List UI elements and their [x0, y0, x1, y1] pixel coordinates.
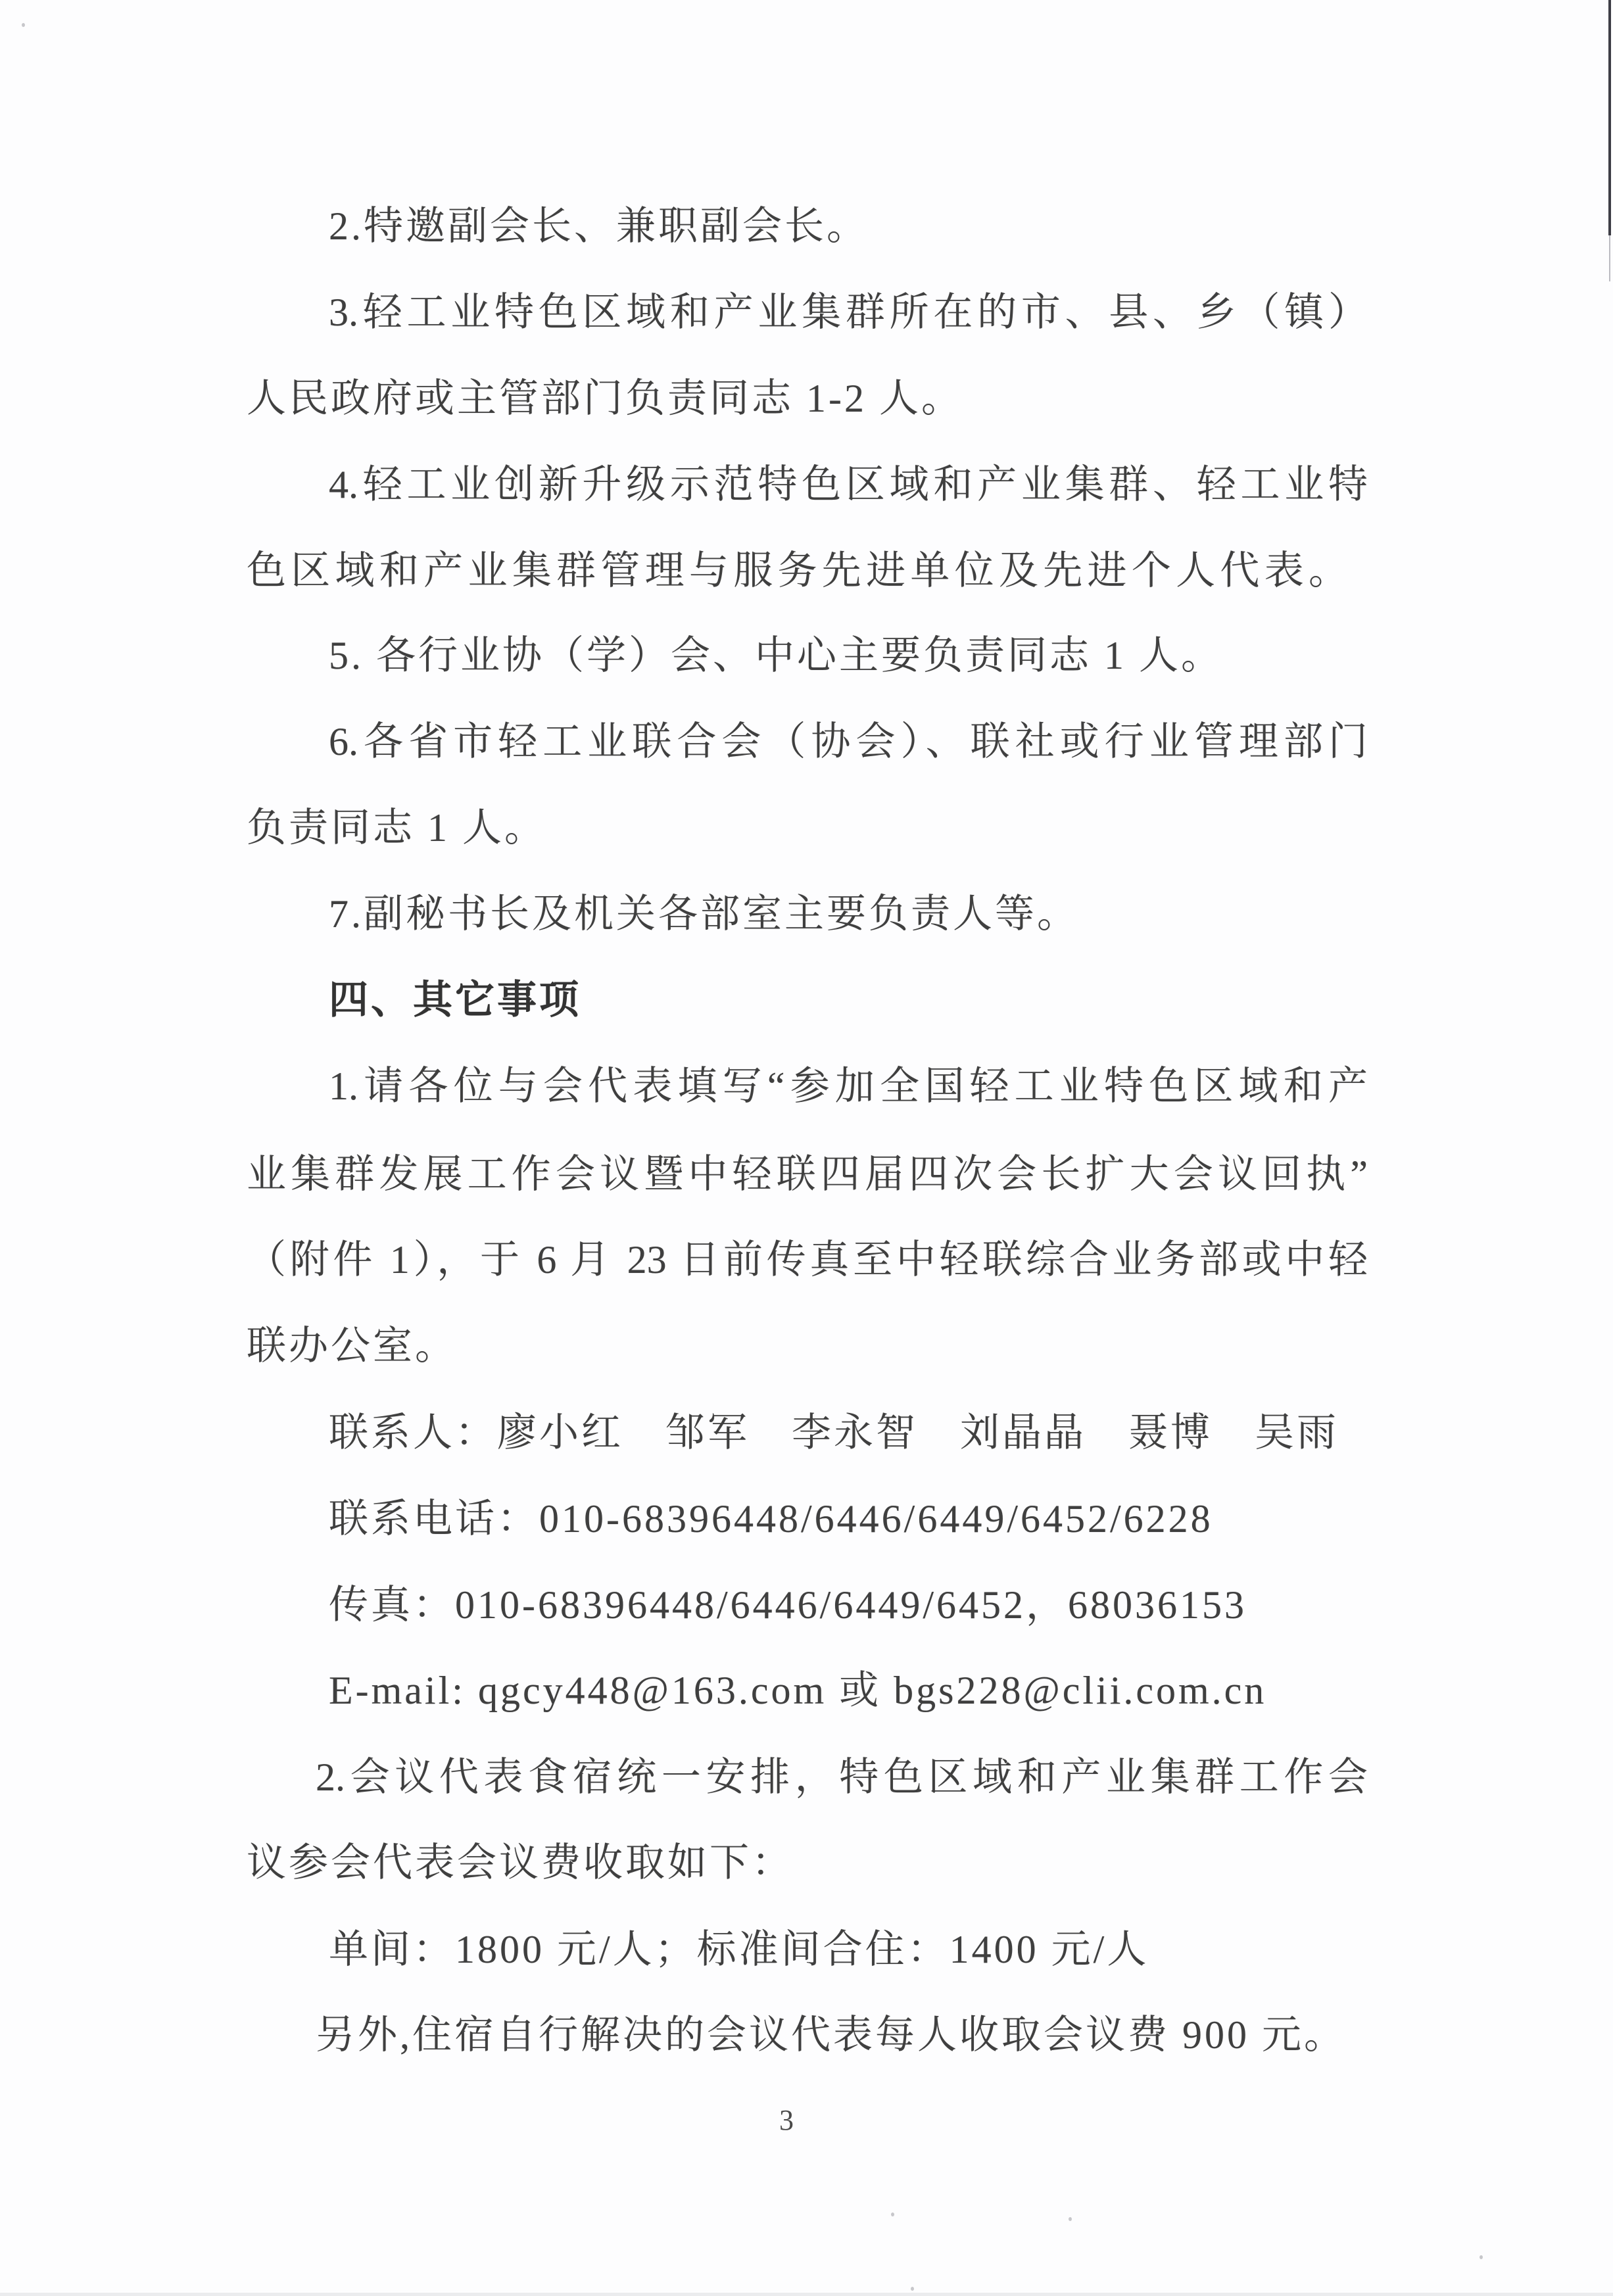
item-6-federations-line-1: 6.各省市轻工业联合会（协会）、联社或行业管理部门	[329, 719, 1368, 764]
scan-speck	[891, 2212, 894, 2216]
page-number: 3	[779, 2104, 794, 2137]
item-6-federations-line-2: 负责同志 1 人。	[247, 805, 546, 850]
item-4-advanced-units-line-2: 色区域和产业集群管理与服务先进单位及先进个人代表。	[247, 548, 1348, 593]
item-2-accommodation-line-2: 议参会代表会议费收取如下：	[247, 1840, 794, 1885]
email-line: E-mail: qgcy448@163.com 或 bgs228@clii.co…	[329, 1668, 1266, 1713]
scan-edge-fade-artifact	[1609, 235, 1610, 281]
room-rates-line: 单间：1800 元/人；标准间合住：1400 元/人	[329, 1927, 1149, 1972]
self-arranged-fee-line: 另外,住宿自行解决的会议代表每人收取会议费 900 元。	[316, 2013, 1346, 2057]
section-4-heading: 四、其它事项	[329, 978, 581, 1022]
item-1-reply-slip-line-1: 1.请各位与会代表填写“参加全国轻工业特色区域和产	[329, 1064, 1368, 1109]
item-2-accommodation-line-1: 2.会议代表食宿统一安排，特色区域和产业集群工作会	[316, 1755, 1368, 1800]
scan-speck	[911, 2287, 914, 2291]
item-3-regions-line-1: 3.轻工业特色区域和产业集群所在的市、县、乡（镇）	[329, 290, 1368, 335]
contact-phone-line: 联系电话：010-68396448/6446/6449/6452/6228	[329, 1496, 1213, 1541]
scan-speck	[22, 23, 25, 27]
scan-edge-artifact	[1608, 0, 1611, 235]
item-5-associations: 5. 各行业协（学）会、中心主要负责同志 1 人。	[329, 633, 1223, 678]
scan-bottom-band-artifact	[0, 2293, 1613, 2296]
item-4-advanced-units-line-1: 4.轻工业创新升级示范特色区域和产业集群、轻工业特	[329, 462, 1368, 507]
item-1-reply-slip-line-3: （附件 1），于 6 月 23 日前传真至中轻联综合业务部或中轻	[247, 1237, 1368, 1282]
item-1-reply-slip-line-2: 业集群发展工作会议暨中轻联四届四次会长扩大会议回执”	[247, 1152, 1368, 1197]
scanned-document-page: 2.特邀副会长、兼职副会长。 3.轻工业特色区域和产业集群所在的市、县、乡（镇）…	[0, 0, 1613, 2296]
fax-line: 传真：010-68396448/6446/6449/6452，68036153	[329, 1583, 1247, 1627]
item-2-invited-vice-presidents: 2.特邀副会长、兼职副会长。	[329, 204, 869, 249]
scan-speck	[1480, 2255, 1483, 2259]
item-7-deputy-secretaries: 7.副秘书长及机关各部室主要负责人等。	[329, 892, 1079, 936]
contact-persons-line: 联系人：廖小红 邹军 李永智 刘晶晶 聂博 吴雨	[329, 1410, 1339, 1455]
item-3-regions-line-2: 人民政府或主管部门负责同志 1-2 人。	[247, 376, 963, 421]
scan-speck	[1069, 2217, 1072, 2221]
item-1-reply-slip-line-4: 联办公室。	[247, 1324, 457, 1368]
